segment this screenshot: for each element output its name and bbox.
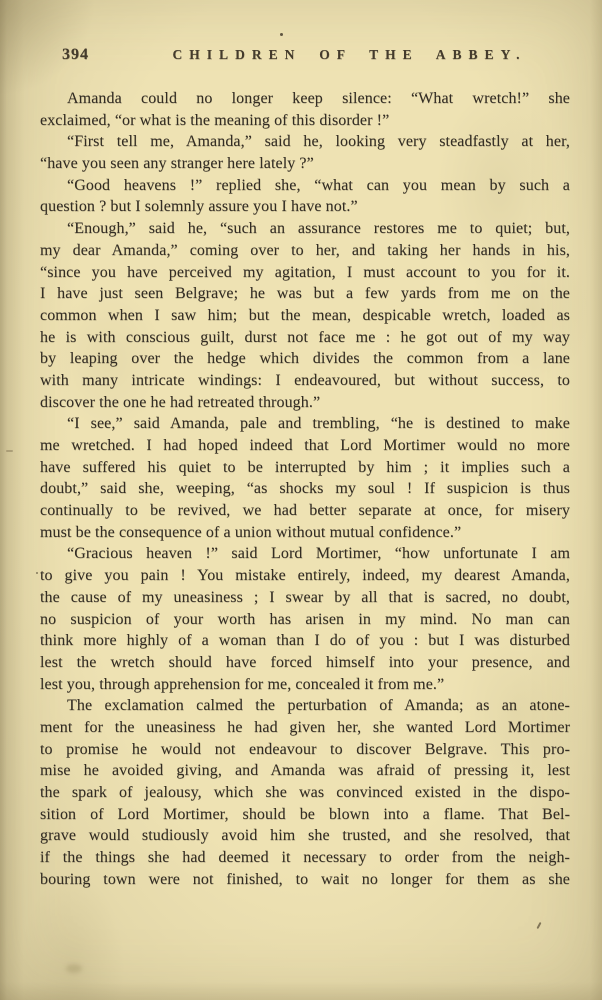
text-line: ment for the uneasiness he had given her… bbox=[40, 717, 570, 739]
text-line: he is with conscious guilt, durst not fa… bbox=[40, 327, 570, 349]
text-line: “since you have perceived my agitation, … bbox=[40, 262, 570, 284]
paragraph: “First tell me, Amanda,” said he, lookin… bbox=[40, 131, 570, 174]
ink-speck bbox=[280, 33, 283, 36]
text-line: “Good heavens !” replied she, “what can … bbox=[40, 175, 570, 197]
text-line: must be the consequence of a union witho… bbox=[40, 522, 570, 544]
ink-speck bbox=[6, 450, 13, 452]
ink-speck bbox=[66, 964, 82, 973]
running-title: CHILDREN OF THE ABBEY. bbox=[109, 47, 590, 63]
paragraph: Amanda could no longer keep silence: “Wh… bbox=[40, 88, 570, 131]
text-line: common when I saw him; but the mean, des… bbox=[40, 305, 570, 327]
book-page: 394 CHILDREN OF THE ABBEY. Amanda could … bbox=[0, 0, 602, 1000]
text-line: lest you, through apprehension for me, c… bbox=[40, 674, 570, 696]
text-line: exclaimed, “or what is the meaning of th… bbox=[40, 110, 570, 132]
paragraph: “Enough,” said he, “such an assurance re… bbox=[40, 218, 570, 413]
text-line: Amanda could no longer keep silence: “Wh… bbox=[40, 88, 570, 110]
text-line: to promise he would not endeavour to dis… bbox=[40, 739, 570, 761]
text-line: no suspicion of your worth has arisen in… bbox=[40, 609, 570, 631]
text-body: Amanda could no longer keep silence: “Wh… bbox=[40, 88, 570, 890]
text-line: the spark of jealousy, which she was con… bbox=[40, 782, 570, 804]
text-line: think more highly of a woman than I do o… bbox=[40, 630, 570, 652]
text-line: lest the wretch should have forced himse… bbox=[40, 652, 570, 674]
text-line: question ? but I solemnly assure you I h… bbox=[40, 196, 570, 218]
text-line: have suffered his quiet to be interrupte… bbox=[40, 457, 570, 479]
text-line: discover the one he had retreated throug… bbox=[40, 392, 570, 414]
text-line: “Gracious heaven !” said Lord Mortimer, … bbox=[40, 543, 570, 565]
text-line: sition of Lord Mortimer, should be blown… bbox=[40, 804, 570, 826]
paragraph: “I see,” said Amanda, pale and trembling… bbox=[40, 413, 570, 543]
text-line: if the things she had deemed it necessar… bbox=[40, 847, 570, 869]
text-line: “First tell me, Amanda,” said he, lookin… bbox=[40, 131, 570, 153]
text-line: “I see,” said Amanda, pale and trembling… bbox=[40, 413, 570, 435]
page-number: 394 bbox=[62, 46, 89, 64]
ink-speck bbox=[536, 922, 541, 929]
paragraph: “Gracious heaven !” said Lord Mortimer, … bbox=[40, 543, 570, 695]
page-header: 394 CHILDREN OF THE ABBEY. bbox=[40, 46, 570, 64]
text-line: to give you pain ! You mistake entirely,… bbox=[40, 565, 570, 587]
text-line: doubt,” said she, weeping, “as shocks my… bbox=[40, 478, 570, 500]
text-line: mise he avoided giving, and Amanda was a… bbox=[40, 760, 570, 782]
text-line: The exclamation calmed the perturbation … bbox=[40, 695, 570, 717]
text-line: I have just seen Belgrave; he was but a … bbox=[40, 283, 570, 305]
text-line: my dear Amanda,” coming over to her, and… bbox=[40, 240, 570, 262]
text-line: grave would studiously avoid him she tru… bbox=[40, 825, 570, 847]
text-line: “Enough,” said he, “such an assurance re… bbox=[40, 218, 570, 240]
text-line: the cause of my uneasiness ; I swear by … bbox=[40, 587, 570, 609]
text-line: “have you seen any stranger here lately … bbox=[40, 153, 570, 175]
paragraph: “Good heavens !” replied she, “what can … bbox=[40, 175, 570, 218]
text-line: bouring town were not finished, to wait … bbox=[40, 869, 570, 891]
text-line: by leaping over the hedge which divides … bbox=[40, 348, 570, 370]
text-line: me wretched. I had hoped indeed that Lor… bbox=[40, 435, 570, 457]
text-line: with many intricate windings: I endeavou… bbox=[40, 370, 570, 392]
paragraph: The exclamation calmed the perturbation … bbox=[40, 695, 570, 890]
ink-speck bbox=[36, 572, 38, 574]
text-line: continually to be revived, we had better… bbox=[40, 500, 570, 522]
